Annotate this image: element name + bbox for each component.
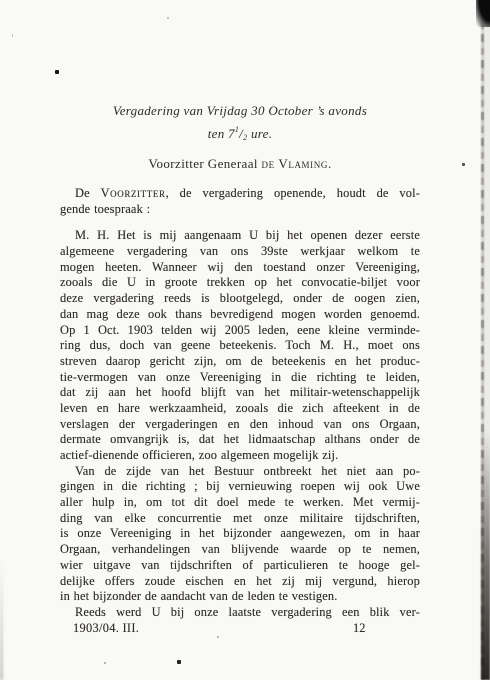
text-line: wier uitgave van tijdschriften of partic… <box>60 558 420 574</box>
ink-dot <box>104 662 106 664</box>
text-column: Vergadering van Vrijdag 30 October ’s av… <box>60 101 420 637</box>
text-line: delijke offers zoude eischen en het zij … <box>60 574 420 590</box>
text-line: De Voorzitter, de vergadering openende, … <box>60 186 420 202</box>
meeting-title: Vergadering van Vrijdag 30 October ’s av… <box>60 101 420 147</box>
ink-dot <box>217 636 219 638</box>
paragraph: Reeds werd U bij onze laatste vergaderin… <box>60 605 420 621</box>
page-footer: 1903/04. III. 12 <box>60 621 420 637</box>
text-line: leven en hare werkzaamheid, zooals die z… <box>60 401 420 417</box>
text-line: dat zij aan het hoofd blijft van het mil… <box>60 385 420 401</box>
chairman-line: Voorzitter Generaal de Vlaming. <box>60 156 420 172</box>
paragraph: M. H. Het is mij aangenaam U bij het ope… <box>60 228 420 463</box>
footer-page-number: 12 <box>353 621 365 637</box>
footer-signature: 1903/04. III. <box>73 621 139 635</box>
meeting-title-line-1: Vergadering van Vrijdag 30 October ’s av… <box>60 101 420 120</box>
chairman-name: de Vlaming <box>262 156 328 171</box>
text-line: actief-dienende officieren, zoo algemeen… <box>60 448 420 464</box>
text-line: Orgaan, verhandelingen van blijvende waa… <box>60 542 420 558</box>
text-line: deze vergadering reeds is blootgelegd, o… <box>60 291 420 307</box>
text-line: gende toespraak : <box>60 202 420 218</box>
text-line: Van de zijde van het Bestuur ontbreekt h… <box>60 464 420 480</box>
text-line: ring dus, doch van geene beteekenis. Toc… <box>60 338 420 354</box>
ink-dot <box>462 163 465 166</box>
text-line: Op 1 Oct. 1903 telden wij 2005 leden, ee… <box>60 323 420 339</box>
opening-paragraph: De Voorzitter, de vergadering openende, … <box>60 186 420 217</box>
text-line: streven daarop gericht zijn, om de betee… <box>60 354 420 370</box>
text-line: zooals die U in groote trekken op het co… <box>60 275 420 291</box>
scan-edge-bottom-right <box>481 430 490 680</box>
text-line: gingen in die richting ; bij vernieuwing… <box>60 479 420 495</box>
text-line: dermate omvangrijk is, dat het lidmaatsc… <box>60 432 420 448</box>
text-line: M. H. Het is mij aangenaam U bij het ope… <box>60 228 420 244</box>
text-line: mogen heeten. Wanneer wij den toestand o… <box>60 260 420 276</box>
text-line: verslagen der vergaderingen en den inhou… <box>60 417 420 433</box>
text-line: algemeene vergadering van ons 39ste werk… <box>60 244 420 260</box>
text-line: is onze Vereeniging in het bijzonder aan… <box>60 526 420 542</box>
text-line: aller hulp in, om tot dit doel mede te w… <box>60 495 420 511</box>
scanned-page: Vergadering van Vrijdag 30 October ’s av… <box>0 0 490 680</box>
paragraph: Van de zijde van het Bestuur ontbreekt h… <box>60 464 420 605</box>
text-line: dan mag deze ook thans bevredigend mogen… <box>60 307 420 323</box>
text-line: Reeds werd U bij onze laatste vergaderin… <box>60 605 420 621</box>
ink-dot <box>177 660 181 664</box>
text-line: ding van elke concurrentie met onze mili… <box>60 511 420 527</box>
body-text: M. H. Het is mij aangenaam U bij het ope… <box>60 228 420 620</box>
ink-dot <box>55 70 59 74</box>
ink-dot <box>12 34 13 37</box>
text-line: tie-vermogen van onze Vereeniging in die… <box>60 370 420 386</box>
speaker-title: Voorzitter <box>101 186 166 200</box>
ink-dot <box>167 17 169 19</box>
scan-edge-bottom-left <box>0 560 3 680</box>
meeting-title-line-2: ten 71/2 ure. <box>60 120 420 147</box>
text-line: in het bijzonder de aandacht van de lede… <box>60 589 420 605</box>
